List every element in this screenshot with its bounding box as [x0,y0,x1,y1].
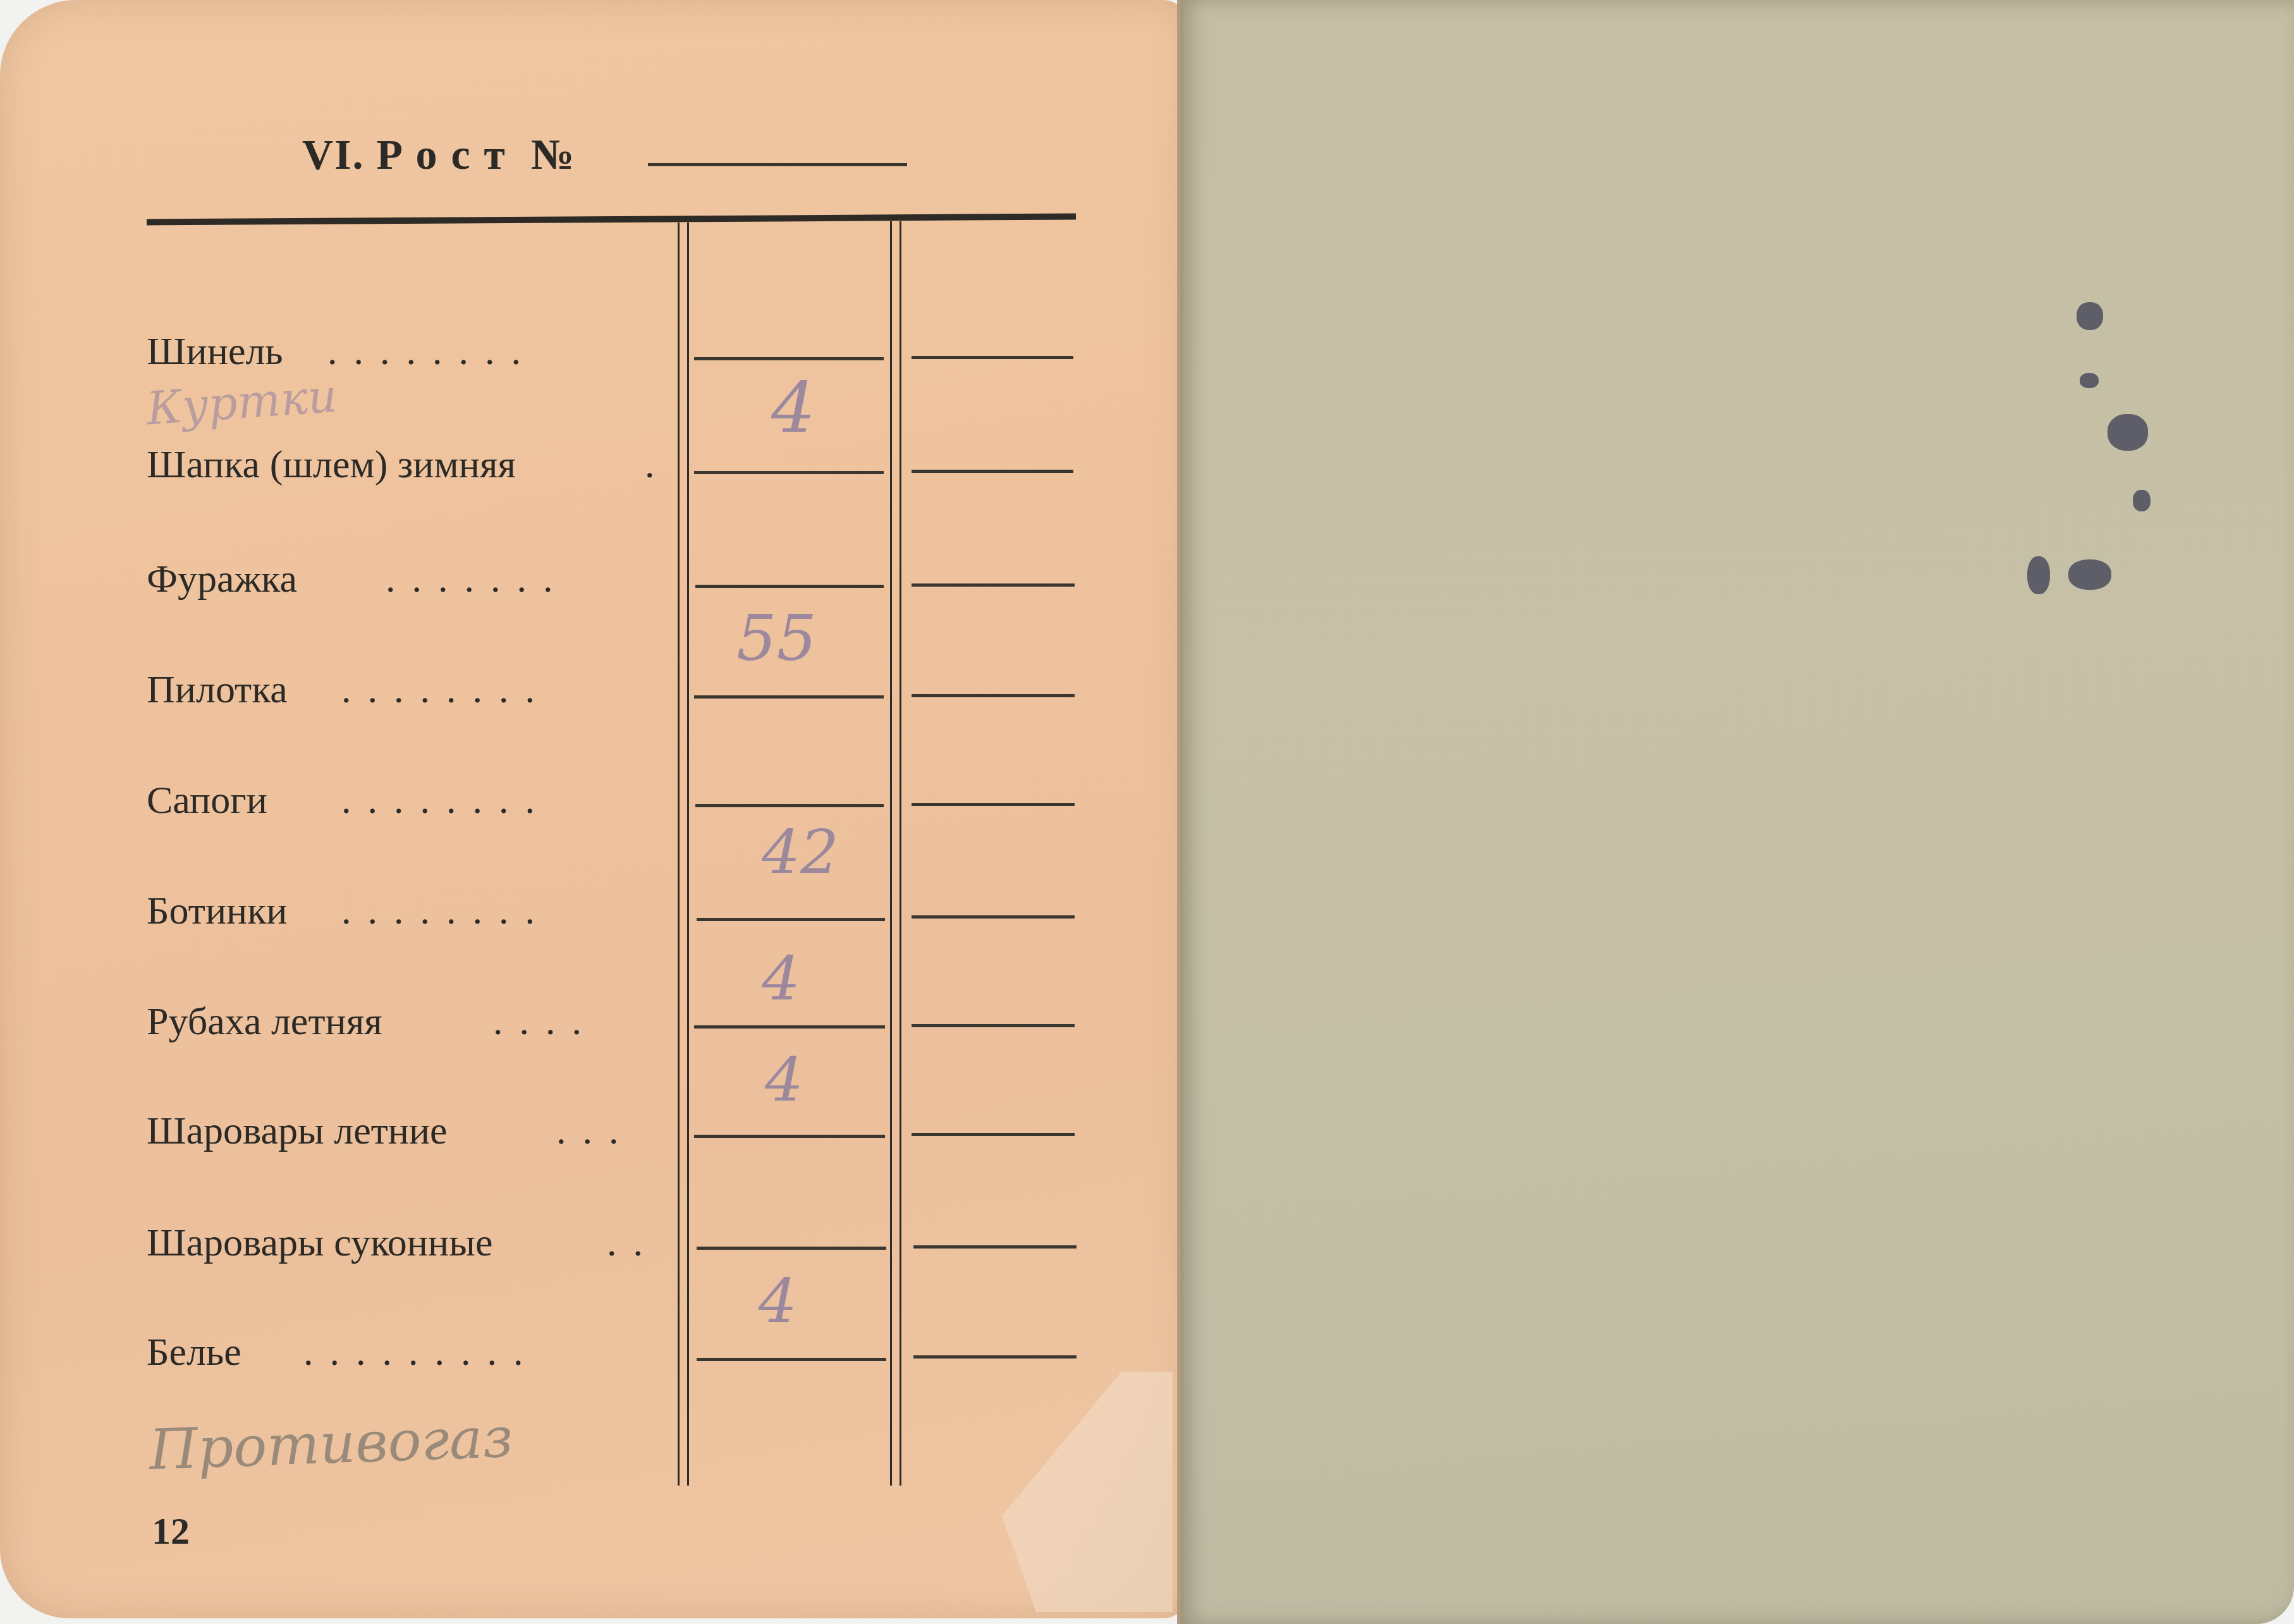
cell-line [695,804,884,807]
cell-line [694,1135,885,1138]
handwritten-value: 55 [736,607,817,670]
ink-blot [2080,373,2099,388]
row-label: Пилотка [147,670,288,709]
handwritten-value: 42 [762,822,839,882]
cell-line [912,1133,1075,1136]
cell-line [912,470,1073,473]
leader-dots: ........ [341,891,551,931]
row-label: Фуражка [147,559,297,599]
ink-blot [2068,559,2111,590]
number-sign: № [531,130,575,178]
cell-line [697,1358,886,1361]
ink-blot [2077,302,2103,330]
cell-line [694,471,884,474]
ink-blot [2133,490,2151,511]
cell-line [913,1355,1077,1358]
handwritten-value: 4 [759,1271,797,1331]
cell-line [912,694,1075,697]
leader-dots: ......... [303,1333,540,1372]
cell-line [695,585,884,588]
cell-line [913,1245,1077,1249]
section-title: VI. Рост № [302,130,575,180]
leader-dots: . [645,445,671,484]
leader-dots: ....... [386,559,570,599]
row-label: Рубаха летняя [147,1002,382,1041]
cell-line [697,918,885,921]
height-number-blank [648,163,907,166]
row-label: Ботинки [147,891,288,931]
cell-line [912,1024,1075,1027]
leader-dots: .... [493,1002,598,1041]
cell-line [694,1025,885,1029]
leader-dots: ........ [341,670,551,709]
page-number: 12 [152,1510,190,1553]
section-title-word: Рост [377,130,519,178]
cell-line [912,803,1075,806]
cell-line [912,583,1075,587]
row-label: Шинель [147,332,283,371]
cell-line [912,356,1073,359]
ink-blot [2027,556,2050,594]
cell-line [694,357,884,360]
leader-dots: ........ [341,781,551,820]
cell-line [694,695,884,699]
cell-line [912,915,1075,919]
handwritten-value: 4 [762,948,800,1009]
handwritten-note-jackets: Куртки [145,373,339,432]
handwritten-value: 4 [771,373,815,443]
right-page-cover [1183,0,2294,1624]
cell-line [697,1247,886,1250]
ink-blot [2108,414,2148,451]
leader-dots: ... [556,1111,635,1151]
section-number: VI. [302,130,365,178]
row-label: Сапоги [147,781,267,820]
leader-dots: ........ [327,332,537,371]
row-label: Шапка (шлем) зимняя [147,445,516,484]
pencil-note-gas-mask: Противогаз [149,1410,514,1478]
column-divider-1 [678,223,689,1486]
column-divider-2 [890,221,901,1486]
row-label: Шаровары суконные [147,1223,492,1262]
row-label: Белье [147,1333,241,1372]
row-label: Шаровары летние [147,1111,448,1151]
handwritten-value: 4 [765,1049,803,1110]
leader-dots: .. [607,1223,659,1262]
